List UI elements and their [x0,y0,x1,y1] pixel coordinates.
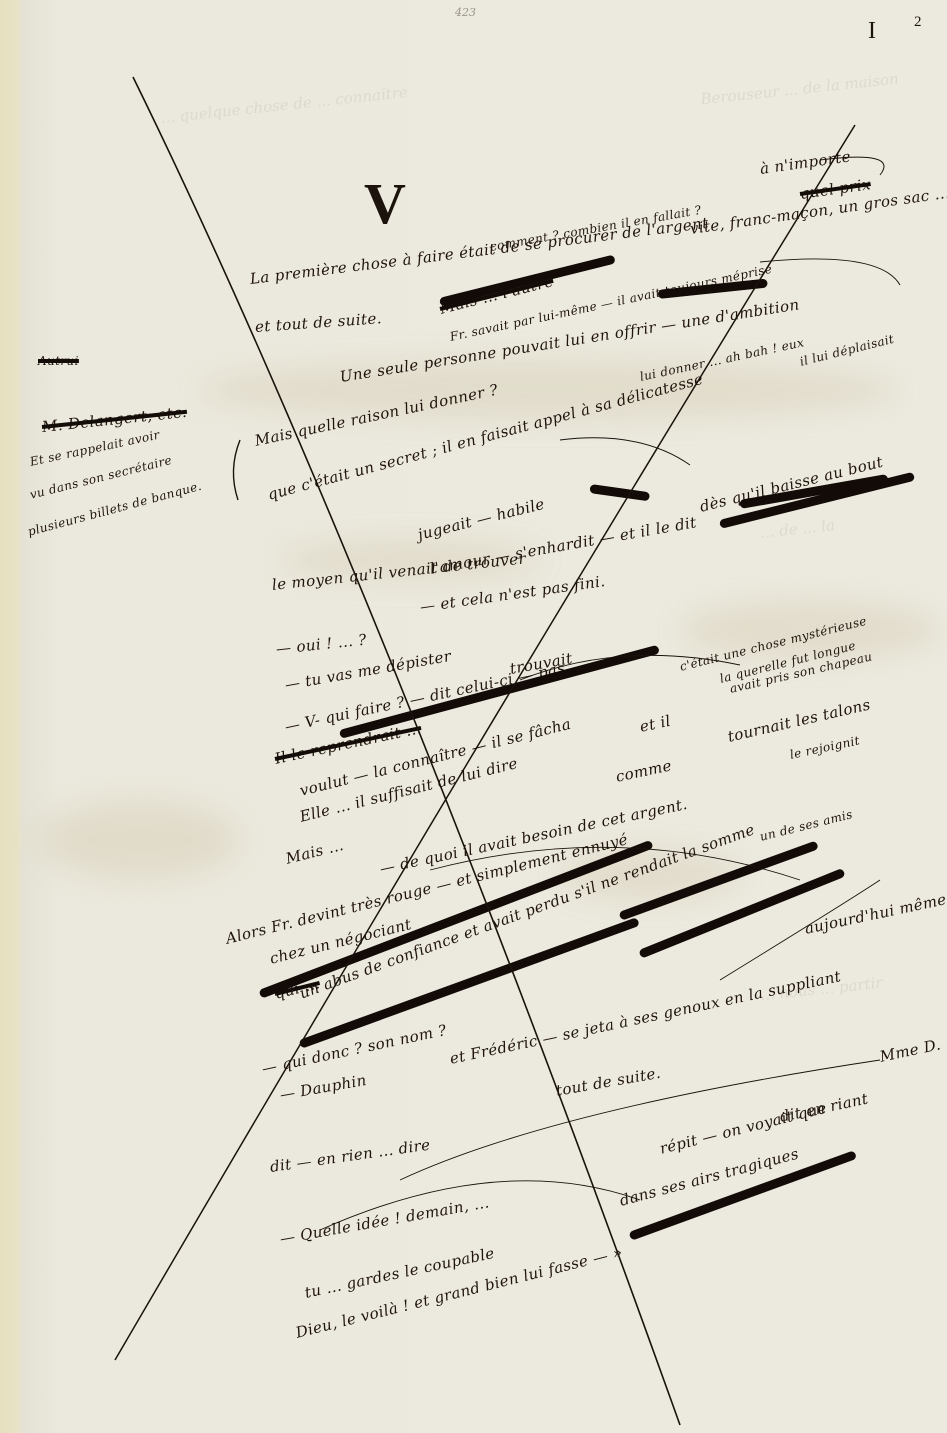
manuscript-page: Berouseur ... de la maison ... quelque c… [0,0,947,1433]
cancellation-strokes [0,0,947,1433]
